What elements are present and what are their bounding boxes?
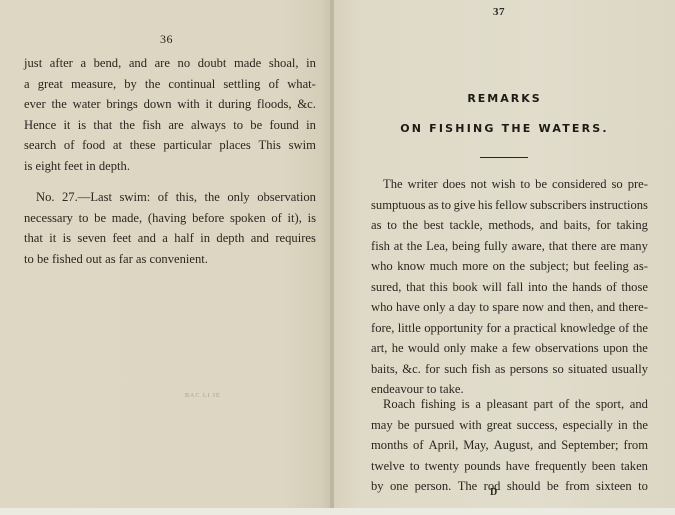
text-line: maybepursuedwithgreatsuccess,especiallyi… — [371, 415, 648, 436]
signature-mark: D — [490, 487, 497, 498]
left-page-number: 36 — [160, 32, 173, 47]
text-line: to be fished out as far as convenient. — [24, 249, 316, 270]
scan-bottom-edge — [0, 508, 675, 515]
text-line: justafterabend,andarenodoubtmadeshoal,in — [24, 53, 316, 74]
text-line: byoneperson.Therodshouldbefromsixteento — [371, 476, 648, 497]
heading-rule — [480, 157, 528, 158]
right-paragraph-2: Roachfishingisapleasantpartofthesport,an… — [371, 394, 648, 497]
text-line: Roachfishingisapleasantpartofthesport,an… — [371, 394, 648, 415]
text-line: sumptuousastogivehisfellowsubscribersins… — [371, 195, 648, 216]
left-paragraph-2: No.27.—Lastswim:ofthis,theonlyobservatio… — [24, 187, 316, 269]
right-page-number: 37 — [493, 6, 505, 18]
text-line: baits,&c.forsuchfishaspersonssosituatedu… — [371, 359, 648, 380]
library-stamp-mark: BAC LI IE — [185, 393, 221, 399]
chapter-heading: REMARKS — [334, 92, 675, 105]
text-line: No.27.—Lastswim:ofthis,theonlyobservatio… — [24, 187, 316, 208]
text-line: searchoffoodattheseparticularplacesThiss… — [24, 135, 316, 156]
left-paragraph-1: justafterabend,andarenodoubtmadeshoal,in… — [24, 53, 316, 176]
text-line: everthewaterbringsdownwithitduringfloods… — [24, 94, 316, 115]
chapter-subheading: ON FISHING THE WATERS. — [334, 122, 675, 135]
text-line: whoknowmuchmoreonthesubject;butfeelingas… — [371, 256, 648, 277]
text-line: necessarytobemade,(havingbeforespokenofi… — [24, 208, 316, 229]
text-line: Thewriterdoesnotwishtobeconsideredsopre- — [371, 174, 648, 195]
text-line: whohaveonlyadaytosparenowandthen,andther… — [371, 297, 648, 318]
text-line: astothebesttackle,methods,andbaits,forta… — [371, 215, 648, 236]
text-line: twelvetotwentypoundshavefrequentlybeenta… — [371, 456, 648, 477]
book-spread: 36 justafterabend,andarenodoubtmadeshoal… — [0, 0, 675, 508]
text-line: agreatmeasure,bythecontinualsettlingofwh… — [24, 74, 316, 95]
right-paragraph-1: Thewriterdoesnotwishtobeconsideredsopre-… — [371, 174, 648, 400]
text-line: art,hewouldonlymakeafewobservationsupont… — [371, 338, 648, 359]
text-line: is eight feet in depth. — [24, 156, 316, 177]
text-line: monthsofApril,May,August,andSeptember;fr… — [371, 435, 648, 456]
text-line: fishattheLea,beingfullyaware,thattherear… — [371, 236, 648, 257]
text-line: thatitissevenfeetandahalfindepthandrequi… — [24, 228, 316, 249]
text-line: fore,littleopportunityforapracticalknowl… — [371, 318, 648, 339]
text-line: Henceitisthatthefisharealwaystobefoundin — [24, 115, 316, 136]
text-line: sured,thatthisbookwillfallintothehandsof… — [371, 277, 648, 298]
